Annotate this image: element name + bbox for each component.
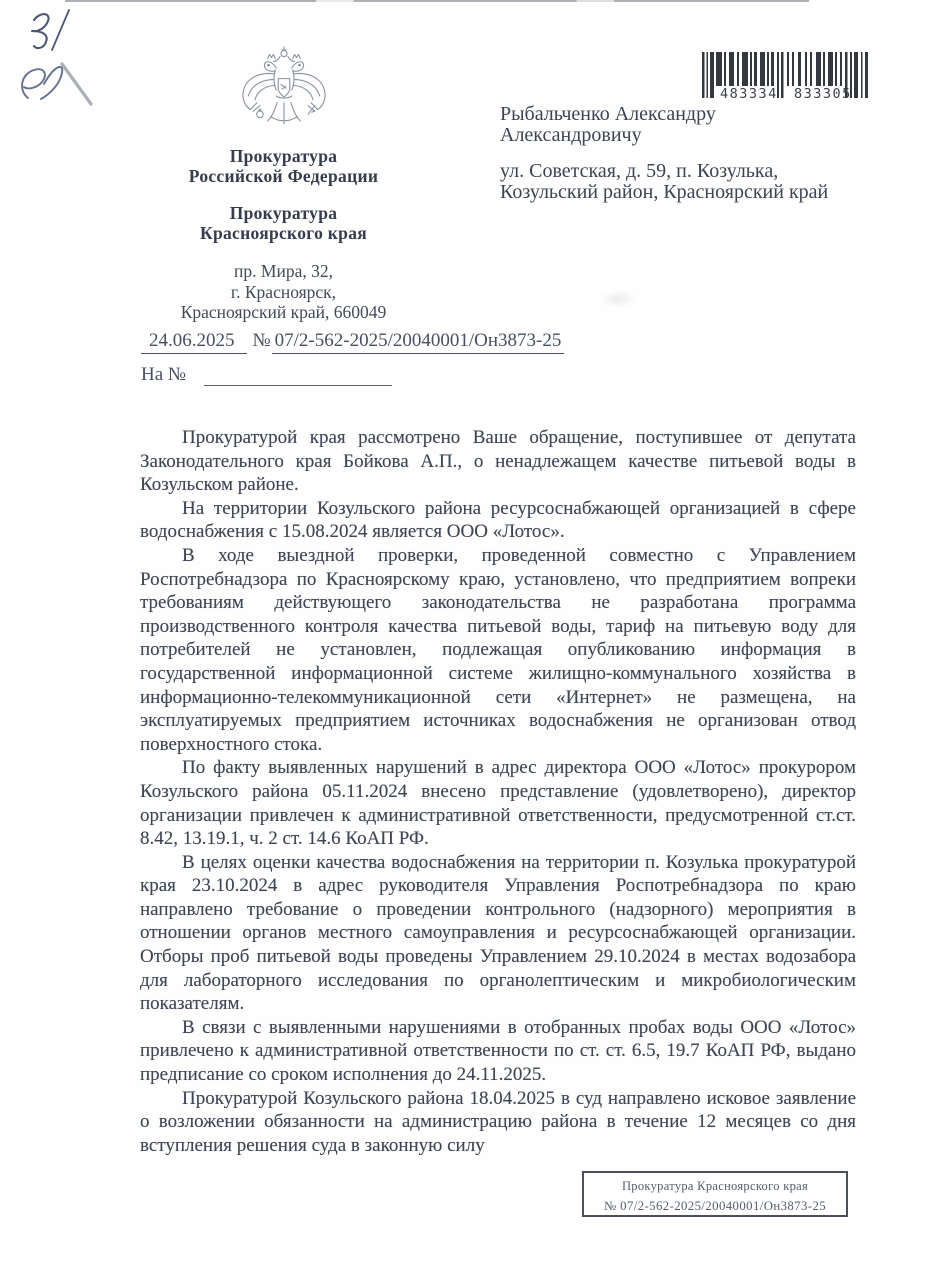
- outgoing-date: 24.06.2025: [141, 330, 247, 354]
- letterhead-address-line: г. Красноярск,: [126, 282, 441, 303]
- recipient-address-line2: Козульский район, Красноярский край: [500, 182, 900, 203]
- body-paragraph: В ходе выездной проверки, проведенной со…: [140, 544, 856, 756]
- recipient-block: Рыбальченко Александру Александровичу ул…: [500, 104, 900, 202]
- stamp-org-name: Прокуратура Красноярского края: [584, 1179, 846, 1194]
- handwritten-marks: [6, 4, 118, 122]
- reference-line: 24.06.2025№07/2-562-2025/20040001/Он3873…: [141, 330, 564, 354]
- stamp-number: № 07/2-562-2025/20040001/Он3873-25: [584, 1199, 846, 1214]
- registration-stamp: Прокуратура Красноярского края № 07/2-56…: [582, 1171, 848, 1217]
- letter-body: Прокуратурой края рассмотрено Ваше обращ…: [140, 426, 856, 1157]
- suborg-name-line1: Прокуратура: [126, 203, 441, 223]
- body-paragraph: Прокуратурой края рассмотрено Ваше обращ…: [140, 426, 856, 497]
- body-paragraph: По факту выявленных нарушений в адрес ди…: [140, 756, 856, 850]
- body-paragraph: В целях оценки качества водоснабжения на…: [140, 851, 856, 1016]
- barcode-left-digits: 483334: [720, 86, 778, 102]
- barcode-right-digits: 833305: [794, 86, 852, 102]
- recipient-address-line1: ул. Советская, д. 59, п. Козулька,: [500, 161, 900, 182]
- body-paragraph: В связи с выявленными нарушениями в отоб…: [140, 1016, 856, 1087]
- outgoing-number: 07/2-562-2025/20040001/Он3873-25: [272, 330, 565, 354]
- scan-edge-artifact: [0, 0, 930, 2]
- barcode: 483334 833305: [702, 52, 870, 104]
- org-name-line2: Российской Федерации: [126, 166, 441, 186]
- body-paragraph: На территории Козульского района ресурсо…: [140, 497, 856, 544]
- letterhead-address-line: пр. Мира, 32,: [126, 261, 441, 282]
- suborg-name-line2: Красноярского края: [126, 223, 441, 243]
- reply-reference-line: На №: [141, 364, 392, 386]
- letterhead: Прокуратура Российской Федерации Прокура…: [126, 146, 441, 323]
- recipient-name-line2: Александровичу: [500, 125, 900, 146]
- recipient-name-line1: Рыбальченко Александру: [500, 104, 900, 125]
- reply-number-blank: [204, 367, 392, 386]
- org-name-line1: Прокуратура: [126, 146, 441, 166]
- letterhead-address-line: Красноярский край, 660049: [126, 302, 441, 323]
- scan-smudge: [600, 290, 636, 308]
- reply-label: На №: [141, 364, 186, 385]
- number-sign: №: [253, 330, 271, 351]
- body-paragraph: Прокуратурой Козульского района 18.04.20…: [140, 1087, 856, 1158]
- coat-of-arms-icon: [231, 46, 337, 144]
- scanned-letter-page: Прокуратура Российской Федерации Прокура…: [0, 0, 930, 1280]
